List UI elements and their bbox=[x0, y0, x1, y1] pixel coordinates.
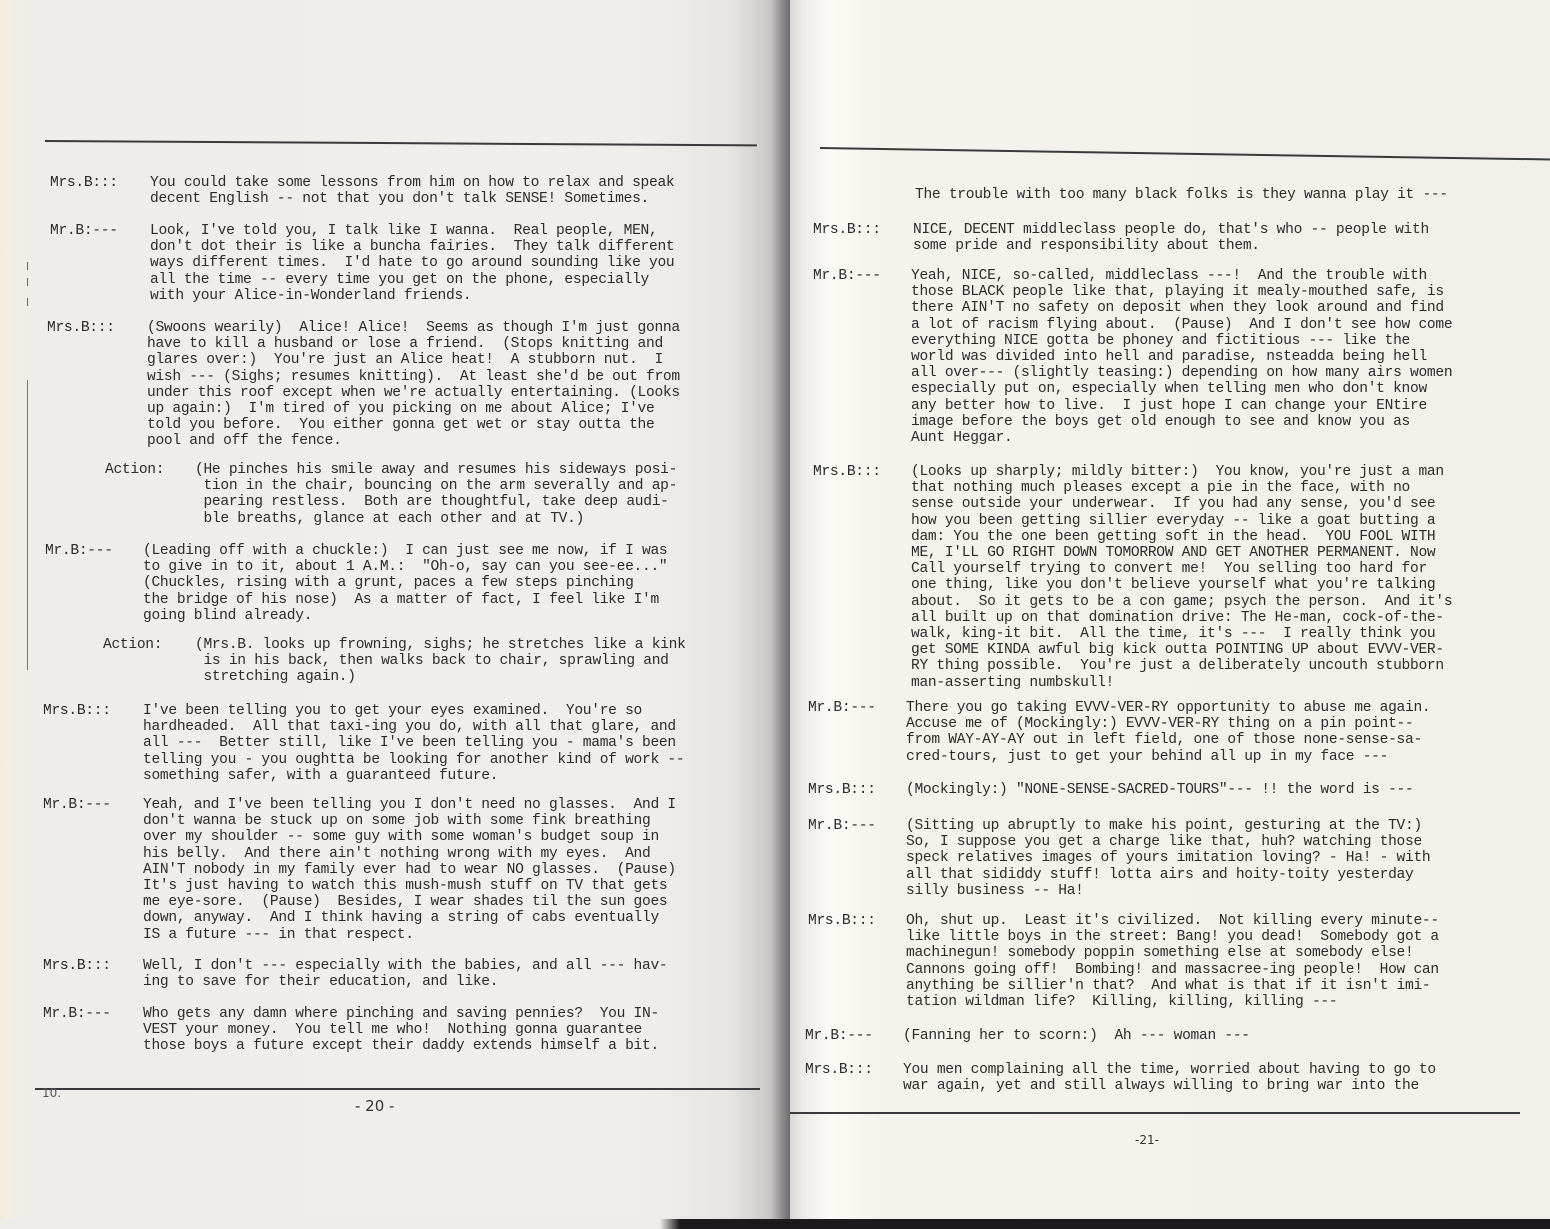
page-number: -21- bbox=[1135, 1133, 1159, 1147]
speech-text: There you go taking EVVV-VER-RY opportun… bbox=[906, 700, 1430, 765]
page-edge-line bbox=[27, 380, 28, 670]
dialogue-entry: Mr.B:--- Who gets any damn where pinchin… bbox=[43, 1006, 77, 1071]
action-text: (Mrs.B. looks up frowning, sighs; he str… bbox=[195, 637, 686, 686]
dialogue-entry: Mr.B:--- Look, I've told you, I talk lik… bbox=[50, 223, 84, 288]
speaker-label: Mr.B:--- bbox=[43, 1006, 111, 1022]
action-text: (He pinches his smile away and resumes h… bbox=[195, 462, 677, 527]
handwritten-mark: 10. bbox=[42, 1086, 61, 1100]
action-label: Action: bbox=[105, 462, 164, 478]
dialogue-entry: Mr.B:--- (Sitting up abruptly to make hi… bbox=[808, 818, 842, 883]
dialogue-entry: Mr.B:--- Yeah, NICE, so-called, middlecl… bbox=[813, 268, 847, 333]
footer-rule bbox=[790, 1112, 1520, 1114]
speaker-label: Mrs.B::: bbox=[50, 175, 118, 191]
speaker-label: Mrs.B::: bbox=[43, 703, 111, 719]
dialogue-entry: Mr.B:--- There you go taking EVVV-VER-RY… bbox=[808, 700, 842, 765]
speaker-label: Mrs.B::: bbox=[43, 958, 111, 974]
speaker-label: Mr.B:--- bbox=[43, 797, 111, 813]
header-rule bbox=[45, 140, 757, 146]
speaker-label: Mrs.B::: bbox=[47, 320, 115, 336]
speech-text: Oh, shut up. Least it's civilized. Not k… bbox=[906, 913, 1439, 1010]
dialogue-entry: Mr.B:--- (Leading off with a chuckle:) I… bbox=[45, 543, 79, 608]
dialogue-entry: Mrs.B::: I've been telling you to get yo… bbox=[43, 703, 77, 768]
left-page: Mrs.B::: You could take some lessons fro… bbox=[0, 0, 790, 1229]
dialogue-entry: Mr.B:--- Yeah, and I've been telling you… bbox=[43, 797, 77, 862]
speaker-label: Mrs.B::: bbox=[813, 464, 881, 480]
speaker-label: Mr.B:--- bbox=[813, 268, 881, 284]
dialogue-entry: Mrs.B::: (Looks up sharply; mildly bitte… bbox=[813, 464, 847, 529]
speech-text: I've been telling you to get your eyes e… bbox=[143, 703, 684, 784]
speech-text: (Leading off with a chuckle:) I can just… bbox=[143, 543, 667, 624]
stage-direction: Action: (He pinches his smile away and r… bbox=[105, 462, 139, 527]
right-page: The trouble with too many black folks is… bbox=[790, 0, 1550, 1229]
speaker-label: Mrs.B::: bbox=[813, 222, 881, 238]
footer-rule bbox=[35, 1088, 760, 1090]
dialogue-entry: Mrs.B::: You men complaining all the tim… bbox=[805, 1062, 839, 1127]
speaker-label: Mrs.B::: bbox=[805, 1062, 873, 1078]
speech-text: Look, I've told you, I talk like I wanna… bbox=[150, 223, 674, 304]
speaker-label: Mrs.B::: bbox=[808, 782, 876, 798]
speech-text: Well, I don't --- especially with the ba… bbox=[143, 958, 667, 990]
speech-text: (Looks up sharply; mildly bitter:) You k… bbox=[911, 464, 1452, 691]
page-edge-tick bbox=[27, 298, 28, 306]
speaker-label: Mr.B:--- bbox=[50, 223, 118, 239]
speaker-label: Mr.B:--- bbox=[805, 1028, 873, 1044]
speaker-label: Mrs.B::: bbox=[808, 913, 876, 929]
speech-text: (Fanning her to scorn:) Ah --- woman --- bbox=[903, 1028, 1250, 1044]
speech-text: You could take some lessons from him on … bbox=[150, 175, 674, 207]
speech-text: (Sitting up abruptly to make his point, … bbox=[906, 818, 1430, 899]
speech-text: Yeah, and I've been telling you I don't … bbox=[143, 797, 676, 943]
header-rule bbox=[820, 147, 1550, 160]
page-edge-tick bbox=[27, 278, 28, 286]
speech-text: (Mockingly:) "NONE-SENSE-SACRED-TOURS"--… bbox=[906, 782, 1413, 798]
speaker-label: Mr.B:--- bbox=[808, 818, 876, 834]
speech-text: Yeah, NICE, so-called, middleclass ---! … bbox=[911, 268, 1452, 446]
speech-text: You men complaining all the time, worrie… bbox=[903, 1062, 1436, 1094]
speaker-label: Mr.B:--- bbox=[808, 700, 876, 716]
page-number: - 20 - bbox=[355, 1097, 394, 1115]
stage-direction: Action: (Mrs.B. looks up frowning, sighs… bbox=[103, 637, 137, 702]
dialogue-entry: Mrs.B::: Oh, shut up. Least it's civiliz… bbox=[808, 913, 842, 978]
scanner-edge bbox=[0, 1219, 1550, 1229]
speech-text: (Swoons wearily) Alice! Alice! Seems as … bbox=[147, 320, 680, 450]
speech-text: The trouble with too many black folks is… bbox=[915, 187, 1448, 203]
speech-text: Who gets any damn where pinching and sav… bbox=[143, 1006, 659, 1055]
page-edge-tick bbox=[27, 262, 28, 270]
speech-text: NICE, DECENT middleclass people do, that… bbox=[913, 222, 1429, 254]
action-label: Action: bbox=[103, 637, 162, 653]
dialogue-entry: Mrs.B::: (Swoons wearily) Alice! Alice! … bbox=[47, 320, 81, 385]
speaker-label: Mr.B:--- bbox=[45, 543, 113, 559]
